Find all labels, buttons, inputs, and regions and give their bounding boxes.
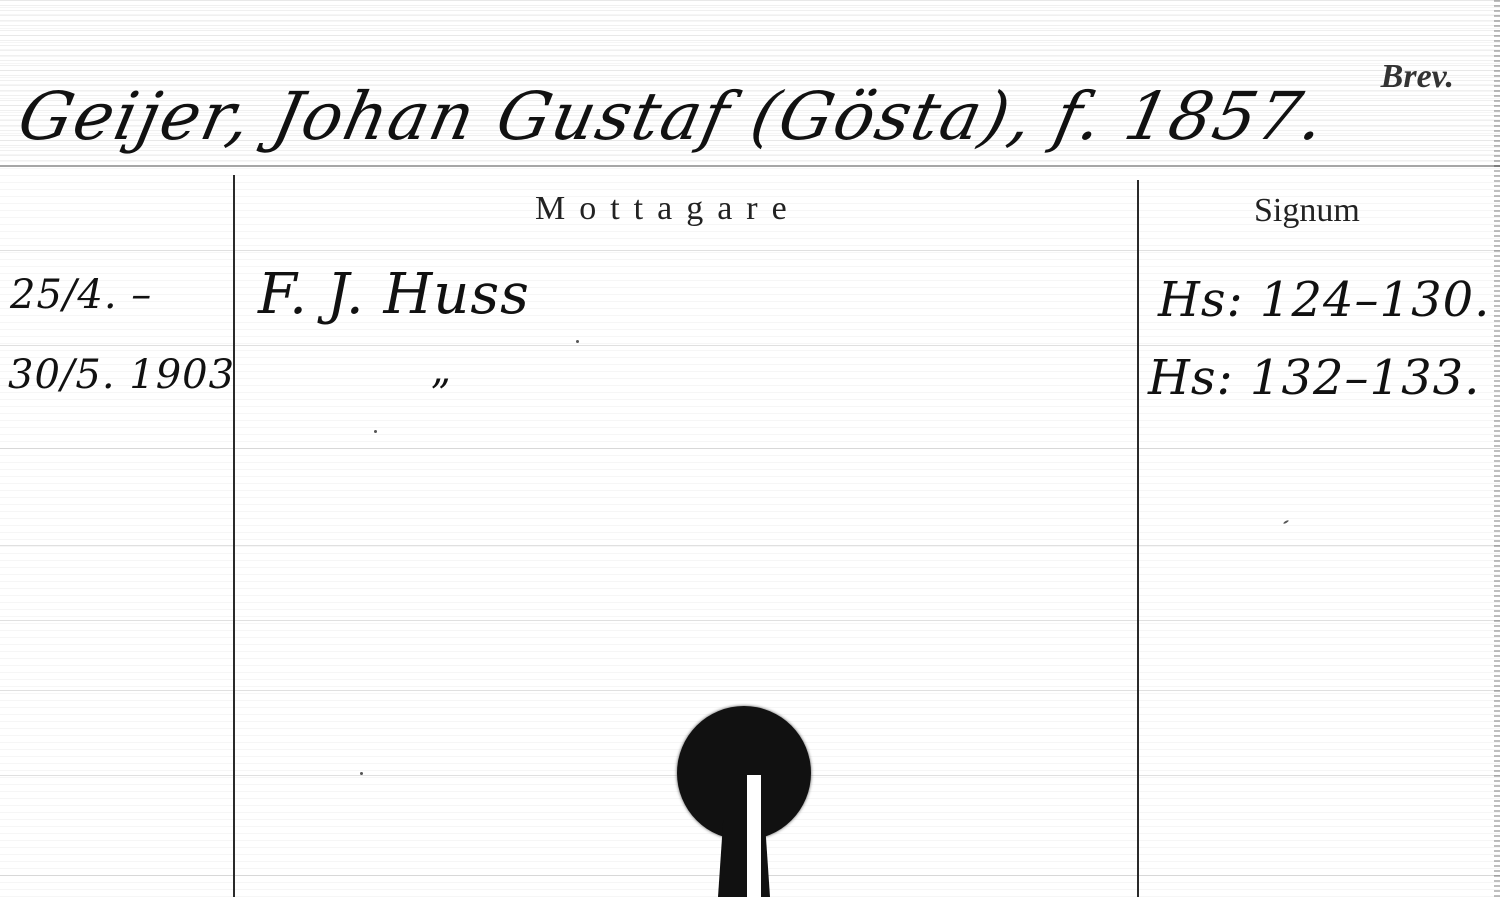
- entry-recipient-ditto: ”: [430, 372, 451, 418]
- ink-speck: [1283, 520, 1289, 525]
- column-header-recipient: Mottagare: [535, 190, 801, 228]
- card-heading-name: Geijer, Johan Gustaf (Gösta), f. 1857.: [12, 78, 1334, 155]
- entry-signum: Hs: 132–133.: [1148, 350, 1480, 406]
- column-divider-signum: [1137, 180, 1139, 897]
- ruled-line: [0, 448, 1500, 449]
- column-divider-date: [233, 175, 235, 897]
- punch-hole-icon: [677, 706, 811, 840]
- entry-date: 25/4. –: [10, 272, 152, 318]
- ruled-line: [0, 690, 1500, 691]
- ink-speck: [374, 430, 377, 433]
- punch-slot: [718, 820, 770, 897]
- ruled-line: [0, 620, 1500, 621]
- index-card: Brev. Geijer, Johan Gustaf (Gösta), f. 1…: [0, 0, 1500, 897]
- ruled-line: [0, 345, 1500, 346]
- header-rule: [0, 165, 1500, 167]
- punch-slot-light: [747, 775, 761, 897]
- entry-signum: Hs: 124–130.: [1158, 272, 1490, 328]
- ink-speck: [576, 340, 579, 343]
- ink-speck: [360, 772, 363, 775]
- category-label: Brev.: [1381, 58, 1454, 96]
- entry-recipient: F. J. Huss: [258, 262, 530, 327]
- ruled-line: [0, 545, 1500, 546]
- ruled-line: [0, 250, 1500, 251]
- entry-date: 30/5. 1903: [8, 352, 235, 398]
- column-header-signum: Signum: [1254, 192, 1360, 230]
